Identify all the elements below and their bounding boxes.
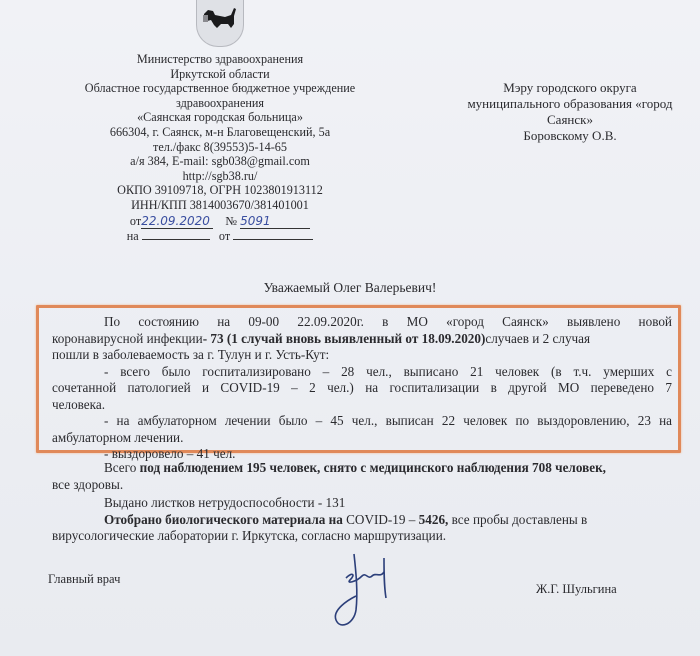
date-label: от — [130, 214, 141, 228]
sender-address: 666304, г. Саянск, м-н Благовещенский, 5… — [70, 125, 370, 140]
sender-ministry: Министерство здравоохранения — [70, 52, 370, 67]
p1-line3: пошли в заболеваемость за г. Тулун и г. … — [52, 347, 672, 364]
highlighted-paragraphs: По состоянию на 09-00 22.09.2020г. в МО … — [52, 314, 672, 463]
samples-plain-a: COVID-19 – — [346, 512, 419, 527]
date-value: 22.09.2020 — [141, 214, 213, 230]
p1-text-b-post: случаев и 2 случая — [485, 331, 590, 348]
p2-text-a: - всего было госпитализировано – 28 чел.… — [104, 364, 672, 381]
p2-line3: человека. — [52, 397, 672, 414]
addressee-block: Мэру городского округа муниципального об… — [440, 80, 700, 144]
body-paragraphs: Всего под наблюдением 195 человек, снято… — [52, 460, 672, 545]
number-value: 5091 — [240, 214, 310, 230]
sender-block: Министерство здравоохранения Иркутской о… — [70, 52, 370, 244]
signer-position: Главный врач — [48, 572, 120, 587]
sender-email: а/я 384, E-mail: sgb038@gmail.com — [70, 154, 370, 169]
sender-website: http://sgb38.ru/ — [70, 169, 370, 184]
letter-page: Министерство здравоохранения Иркутской о… — [0, 0, 700, 656]
samples-line2: вирусологические лаборатории г. Иркутска… — [52, 528, 672, 545]
ref-label: на — [127, 229, 139, 243]
sender-phone: тел./факс 8(39553)5-14-65 — [70, 140, 370, 155]
observation-line2: все здоровы. — [52, 477, 672, 494]
sender-region: Иркутской области — [70, 67, 370, 82]
sender-inn-kpp: ИНН/КПП 3814003670/381401001 — [70, 198, 370, 213]
ref-date-blank — [233, 229, 313, 240]
addressee-municipality: муниципального образования «город — [440, 96, 700, 112]
ref-number-blank — [142, 229, 210, 240]
addressee-name: Боровскому О.В. — [440, 128, 700, 144]
reference-line: на от — [70, 229, 370, 244]
sender-org-type: Областное государственное бюджетное учре… — [70, 81, 370, 96]
number-label: № — [225, 214, 237, 228]
p1-text-a: По состоянию на 09-00 22.09.2020г. в МО … — [104, 314, 672, 331]
p2-line1: - всего было госпитализировано – 28 чел.… — [52, 364, 672, 381]
sender-okpo-ogrn: ОКПО 39109718, ОГРН 1023801913112 — [70, 183, 370, 198]
p1-line2: коронавирусной инфекции - 73 (1 случай в… — [52, 331, 672, 348]
observation-pre: Всего — [104, 460, 140, 475]
observation-line1: Всего под наблюдением 195 человек, снято… — [52, 460, 672, 477]
p1-line1: По состоянию на 09-00 22.09.2020г. в МО … — [52, 314, 672, 331]
outgoing-date-number: от22.09.2020 № 5091 — [70, 214, 370, 230]
p3-line1: - на амбулаторном лечении было – 45 чел.… — [52, 413, 672, 430]
observation-bold: под наблюдением 195 человек, снято с мед… — [140, 460, 606, 475]
p3-text-a: - на амбулаторном лечении было – 45 чел.… — [104, 413, 672, 430]
addressee-title: Мэру городского округа — [440, 80, 700, 96]
handwritten-signature-icon — [326, 552, 396, 632]
samples-line1: Отобрано биологического материала на COV… — [52, 512, 672, 529]
samples-plain-b: все пробы доставлены в — [448, 512, 587, 527]
sender-org-type-cont: здравоохранения — [70, 96, 370, 111]
p1-text-b-pre: коронавирусной инфекции — [52, 331, 203, 348]
signer-name: Ж.Г. Шульгина — [536, 582, 617, 597]
ref-from-label: от — [219, 229, 230, 243]
sick-leave-line: Выдано листков нетрудоспособности - 131 — [52, 495, 672, 512]
samples-count: 5426, — [419, 512, 449, 527]
p1-new-cases: - 73 (1 случай вновь выявленный от 18.09… — [203, 331, 486, 348]
sable-coat-of-arms-icon — [201, 6, 239, 32]
p3-line2: амбулаторном лечении. — [52, 430, 672, 447]
greeting: Уважаемый Олег Валерьевич! — [0, 280, 700, 296]
samples-bold-a: Отобрано биологического материала на — [104, 512, 346, 527]
p2-text-b: сочетанной патологией и COVID-19 – 2 чел… — [52, 380, 672, 397]
addressee-city: Саянск» — [440, 112, 700, 128]
coat-of-arms-emblem — [196, 0, 244, 47]
p2-line2: сочетанной патологией и COVID-19 – 2 чел… — [52, 380, 672, 397]
sender-org-name: «Саянская городская больница» — [70, 110, 370, 125]
